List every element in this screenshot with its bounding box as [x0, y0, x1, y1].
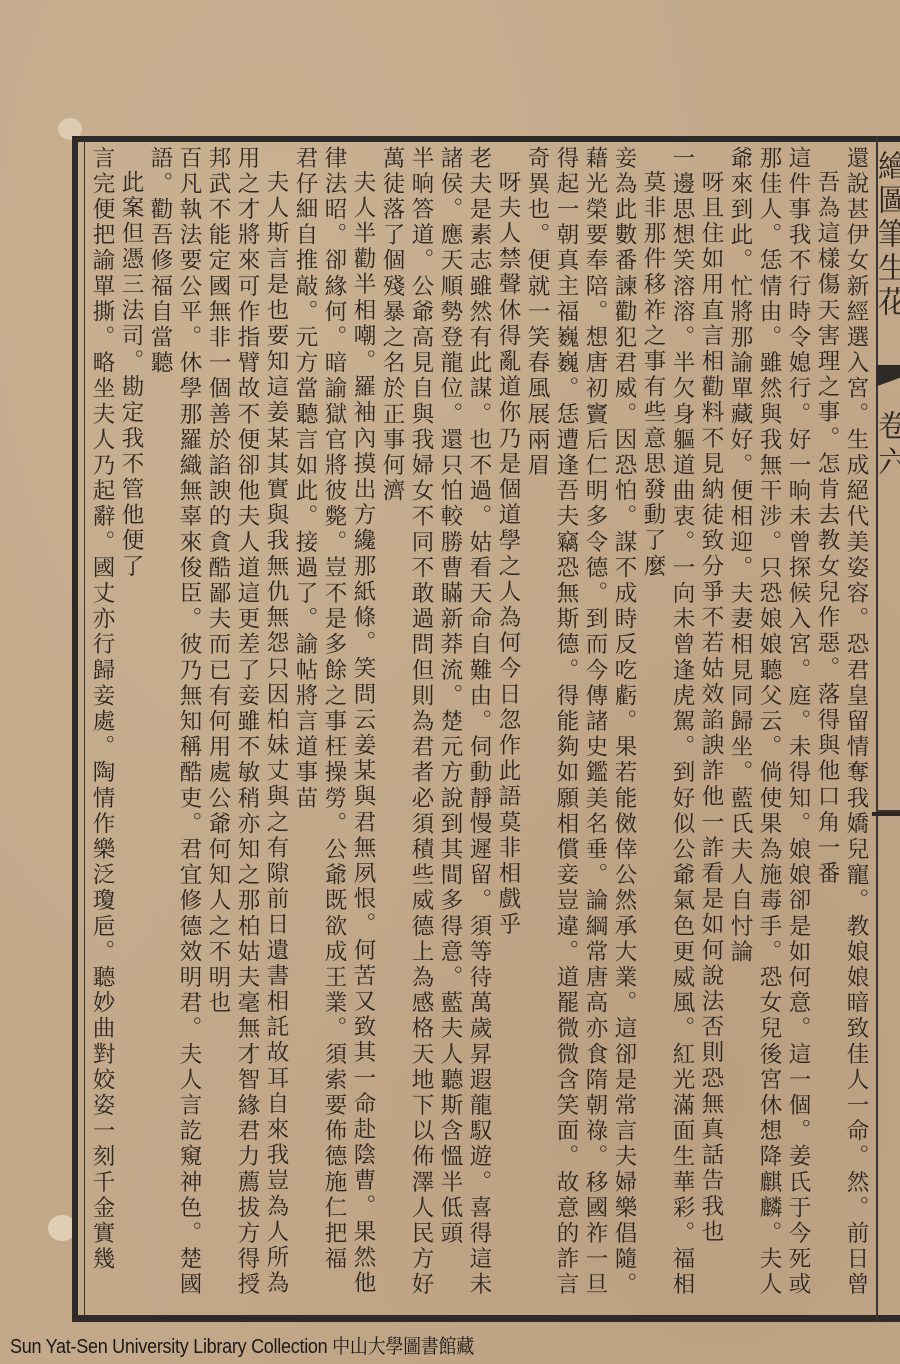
text-column: 萬徒落了個殘暴之名於正事何濟: [378, 146, 406, 1310]
library-collection-caption: Sun Yat-Sen University Library Collectio…: [10, 1330, 474, 1359]
text-column: 莫非那件移祚之事有些意思發動了麼: [639, 146, 667, 1310]
text-column: 那佳人。恁情由。雖然與我無干涉。只恐娘娘聽父云。倘使果為施毒手。恐女兒後宮休想降…: [755, 146, 783, 1310]
text-column: 言完便把諭單撕。略坐夫人乃起辭。國丈亦行歸妾處。陶情作樂泛瓊巵。聽妙曲對姣姿一刻…: [88, 146, 116, 1310]
text-column: 吾為這樣傷天害理之事。怎肯去教女兒作惡。落得與他口角一番: [813, 146, 841, 1310]
text-column: 得起一朝真主福巍巍。恁遭逢吾夫竊恐無斯德。得能夠如願相償妾豈違。道罷微微含笑面。…: [552, 146, 580, 1310]
text-column: 語。勸吾修福自當聽: [146, 146, 174, 1310]
volume-label: 卷六: [874, 410, 900, 482]
text-column: 夫人斯言是也要知這姜某其實與我無仇無怨只因柏妹丈與之有隙前日遺書相託故耳自來我豈…: [262, 146, 290, 1310]
text-column: 用之才將來可作指臂故不便卻他夫人道這更差了妾雖不敏稍亦知之那柏姑夫毫無才智緣君力…: [233, 146, 261, 1310]
scanned-book-page: 繪圖筆生花 卷六 還說甚伊女新經選入宮。生成絕代美姿容。恐君皇留情奪我嬌兒寵。教…: [0, 0, 900, 1364]
text-column: 一邊思想笑溶溶。半欠身軀道曲衷。一向未曾逢虎駕。到好似公爺氣色更威風。紅光滿面生…: [668, 146, 696, 1310]
text-column: 百凡執法要公平。休學那羅織無辜來俊臣。彼乃無知稱酷吏。君宜修德效明君。夫人言訖窺…: [175, 146, 203, 1310]
fish-tail-mark-icon: [876, 365, 900, 395]
text-column: 藉光榮要奉陪。想唐初竇后仁明多令德。到而今傳諸史鑑美名垂。論綱常唐高亦食隋朝祿。…: [581, 146, 609, 1310]
frame-inner-rule: [84, 142, 85, 1316]
book-title: 繪圖筆生花: [874, 150, 900, 320]
text-column: 這件事我不行時令媳行。好一晌未曾探候入宮。庭。未得知。娘娘卻是如何意。這一個。姜…: [784, 146, 812, 1310]
text-column: 老夫是素志雖然有此謀。也不過。姑看天命自難由。伺動靜慢遲留。須等待萬歲昇遐龍馭遊…: [465, 146, 493, 1310]
text-column: 君仔細自推敲。元方當聽言如此。接過了。諭帖將言道事苗: [291, 146, 319, 1310]
page-number: [872, 812, 900, 816]
text-column: 妾為此數番諫勸犯君威。因恐怕。謀不成時反吃虧。果若能傚倖公然承大業。這卻是常言夫…: [610, 146, 638, 1310]
text-column: 夫人半勸半相嘲。羅袖內摸出方纔那紙條。笑問云姜某與君無夙恨。何苦又致其一命赴陰曹…: [349, 146, 377, 1310]
text-column: 半晌答道。公爺高見自與我婦女不同不敢過問但則為君者必須積些威德上為感格天地下以佈…: [407, 146, 435, 1310]
text-column: 律法昭。卻緣何。暗諭獄官將彼斃。豈不是多餘之事枉操勞。公爺既欲成王業。須索要佈德…: [320, 146, 348, 1310]
text-column: 呀夫人禁聲休得亂道你乃是個道學之人為何今日忽作此語莫非相戲乎: [494, 146, 522, 1310]
text-columns: 還說甚伊女新經選入宮。生成絕代美姿容。恐君皇留情奪我嬌兒寵。教娘娘暗致佳人一命。…: [88, 146, 870, 1310]
text-column: 諸侯。應天順勢登龍位。還只怕較勝曹瞞新莽流。楚元方說到其間多得意。藍夫人聽斯含慍…: [436, 146, 464, 1310]
text-column: 爺來到此。忙將那諭單藏好。便相迎。夫妻相見同歸坐。藍氏夫人自忖論: [726, 146, 754, 1310]
text-column: 還說甚伊女新經選入宮。生成絕代美姿容。恐君皇留情奪我嬌兒寵。教娘娘暗致佳人一命。…: [842, 146, 870, 1310]
text-column: 呀且住如用直言相勸料不見納徒致分爭不若姑效諂諛詐他一詐看是如何說法否則恐無真話告…: [697, 146, 725, 1310]
text-column: 邦武不能定國無非一個善於諂諛的貪酷鄙夫而已有何用處公爺何知人之不明也: [204, 146, 232, 1310]
text-column: 奇異也。便就一笑春風展兩眉: [523, 146, 551, 1310]
text-column: 此案但憑三法司。勘定我不管他便了: [117, 146, 145, 1310]
